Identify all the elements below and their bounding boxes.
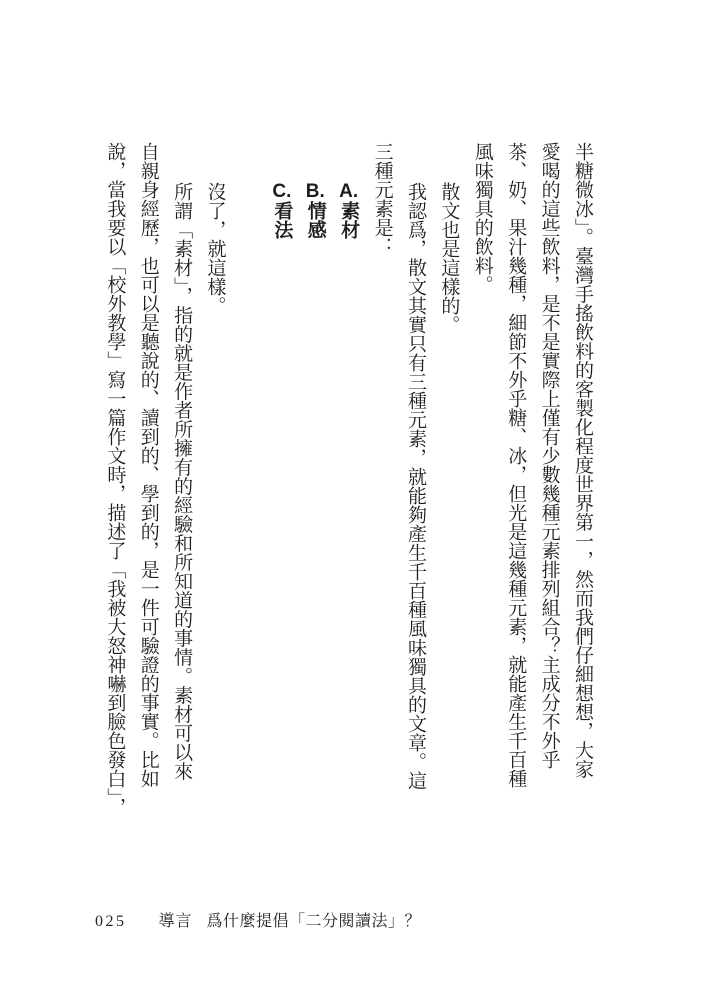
list-item-column: B.情感 bbox=[298, 142, 331, 836]
page-number: 025 bbox=[95, 913, 127, 930]
text-column: 茶、奶、果汁幾種，細節不外乎糖、冰，但光是這幾種元素，就能產生千百種 bbox=[499, 142, 532, 836]
book-page: 半糖微冰」。臺灣手搖飲料的客製化程度世界第一，然而我們仔細想想，大家愛喝的這些飲… bbox=[0, 0, 711, 1000]
text-column: 散文也是這樣的。 bbox=[432, 142, 465, 836]
text-column: 風味獨具的飲料。 bbox=[465, 142, 498, 836]
footer-chapter-title: 爲什麼提倡「二分閱讀法」？ bbox=[207, 913, 422, 930]
text-column: 所謂「素材」，指的就是作者所擁有的經驗和所知道的事情。素材可以來 bbox=[165, 142, 198, 836]
page-footer: 025 導言 爲什麼提倡「二分閱讀法」？ bbox=[95, 908, 421, 931]
text-column: 三種元素是： bbox=[365, 142, 398, 836]
vertical-text-block: 半糖微冰」。臺灣手搖飲料的客製化程度世界第一，然而我們仔細想想，大家愛喝的這些飲… bbox=[98, 142, 599, 836]
list-item-marker: A. bbox=[338, 182, 359, 201]
text-column: 我認爲，散文其實只有三種元素，就能夠產生千百種風味獨具的文章。這 bbox=[399, 142, 432, 836]
list-item-column: C.看法 bbox=[265, 142, 298, 836]
text-column: 沒了，就這樣。 bbox=[198, 142, 231, 836]
text-column: 自親身經歷，也可以是聽說的、讀到的、學到的，是一件可驗證的事實。比如 bbox=[131, 142, 164, 836]
list-item-column: A.素材 bbox=[332, 142, 365, 836]
blank-column bbox=[232, 142, 265, 836]
text-column: 說，當我要以「校外教學」寫一篇作文時，描述了「我被大怒神嚇到臉色發白」， bbox=[98, 142, 131, 836]
list-item-marker: C. bbox=[271, 182, 292, 201]
text-column: 半糖微冰」。臺灣手搖飲料的客製化程度世界第一，然而我們仔細想想，大家 bbox=[566, 142, 599, 836]
list-item-marker: B. bbox=[305, 182, 326, 201]
footer-section-label: 導言 bbox=[159, 913, 193, 930]
text-column: 愛喝的這些飲料，是不是實際上僅有少數幾種元素排列組合？主成分不外乎 bbox=[532, 142, 565, 836]
